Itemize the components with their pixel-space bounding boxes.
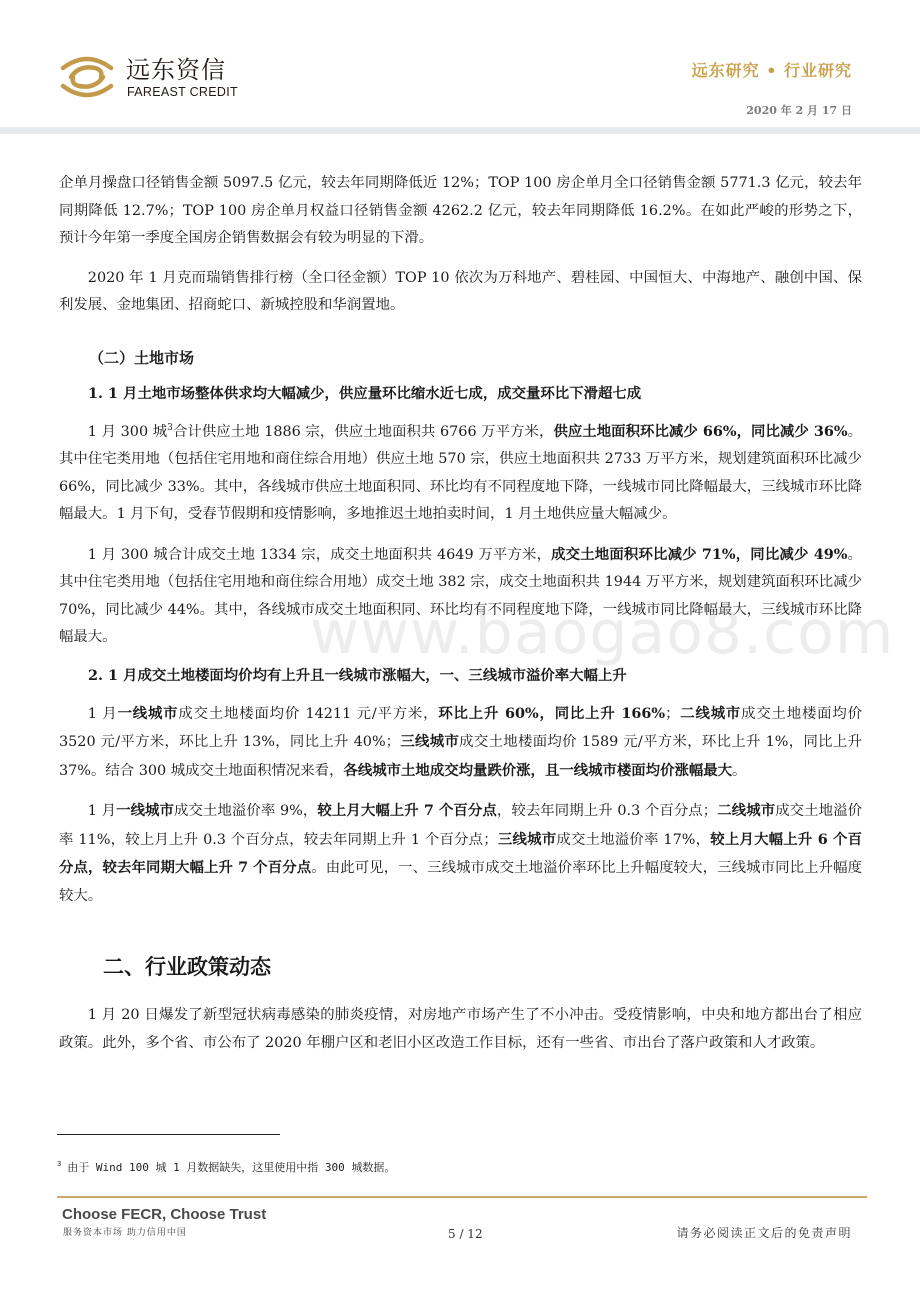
footer-slogan-cn: 服务资本市场 助力信用中国 (63, 1227, 187, 1239)
emphasis-text: 较上月大幅上升 7 个百分点 (317, 802, 496, 819)
emphasis-text: 各线城市土地成交均量跌价涨，且一线城市楼面均价涨幅最大 (343, 762, 732, 779)
text-run: 合计供应土地 1886 宗，供应土地面积共 6766 万平方米， (173, 424, 554, 440)
point-heading: 1. 1 月土地市场整体供求均大幅减少，供应量环比缩水近七成，成交量环比下滑超七… (59, 382, 862, 406)
header-band (0, 127, 920, 134)
emphasis-text: 一线城市 (118, 705, 179, 722)
text-run: 1 月 (88, 706, 118, 722)
brand-name-en: FAREAST CREDIT (127, 85, 238, 99)
text-run: 1 月 300 城 (88, 424, 167, 440)
footnote-text: 由于 Wind 100 城 1 月数据缺失，这里使用中指 300 城数据。 (67, 1161, 395, 1174)
emphasis-text: 供应土地面积环比减少 66%，同比减少 36% (553, 423, 847, 440)
text-run: 2020 年 1 月克而瑞销售排行榜（全口径金额）TOP 10 依次为万科地产、… (59, 270, 862, 314)
report-series: 远东研究 • 行业研究 (692, 60, 852, 82)
text-run: ，较去年同期上升 0.3 个百分点； (497, 803, 717, 819)
body-paragraph: 企单月操盘口径销售金额 5097.5 亿元，较去年同期降低近 12%；TOP 1… (59, 170, 862, 253)
body-paragraph: 1 月 300 城合计成交土地 1334 宗，成交土地面积共 4649 万平方米… (59, 541, 862, 652)
text-run: 1 月 300 城合计成交土地 1334 宗，成交土地面积共 4649 万平方米… (88, 547, 551, 563)
page-number: 5 / 12 (448, 1227, 483, 1241)
footnote-divider (57, 1134, 280, 1135)
body-paragraph: 2020 年 1 月克而瑞销售排行榜（全口径金额）TOP 10 依次为万科地产、… (59, 265, 862, 320)
emphasis-text: 成交土地面积环比减少 71%，同比减少 49% (551, 546, 847, 563)
body-paragraph: 1 月 20 日爆发了新型冠状病毒感染的肺炎疫情，对房地产市场产生了不小冲击。受… (59, 1002, 862, 1057)
text-run: 成交土地溢价率 9%， (174, 803, 317, 819)
footnote-marker: 3 (57, 1160, 61, 1168)
text-run: 1 月 20 日爆发了新型冠状病毒感染的肺炎疫情，对房地产市场产生了不小冲击。受… (59, 1007, 862, 1051)
emphasis-text: 三线城市 (498, 831, 557, 848)
text-run: 成交土地溢价率 17%， (556, 832, 710, 848)
brand-name-cn: 远东资信 (126, 56, 226, 84)
text-run: ； (665, 706, 679, 722)
emphasis-text: 二线城市 (679, 705, 741, 722)
body-paragraph: 1 月一线城市成交土地溢价率 9%，较上月大幅上升 7 个百分点，较去年同期上升… (59, 797, 862, 910)
subsection-heading: （二）土地市场 (59, 346, 862, 370)
footer-divider (57, 1196, 867, 1198)
text-run: 1 月 (88, 803, 116, 819)
disclaimer-link[interactable]: 请务必阅读正文后的免责声明 (676, 1226, 852, 1240)
emphasis-text: 三线城市 (400, 733, 459, 750)
emphasis-text: 环比上升 60%，同比上升 166% (438, 705, 665, 722)
footnote: 3由于 Wind 100 城 1 月数据缺失，这里使用中指 300 城数据。 (57, 1161, 395, 1175)
page-header: 远东资信 FAREAST CREDIT 远东研究 • 行业研究 2020 年 2… (0, 0, 920, 128)
body-paragraph: 1 月 300 城3合计供应土地 1886 宗，供应土地面积共 6766 万平方… (59, 418, 862, 529)
document-body: 企单月操盘口径销售金额 5097.5 亿元，较去年同期降低近 12%；TOP 1… (59, 170, 862, 1057)
text-run: 成交土地楼面均价 14211 元/平方米， (178, 706, 438, 722)
footer-slogan-en: Choose FECR, Choose Trust (62, 1206, 266, 1224)
emphasis-text: 二线城市 (717, 802, 775, 819)
fareast-credit-logo-icon (57, 52, 117, 102)
emphasis-text: 一线城市 (116, 802, 174, 819)
point-heading: 2. 1 月成交土地楼面均价均有上升且一线城市涨幅大，一、三线城市溢价率大幅上升 (59, 664, 862, 688)
report-date: 2020 年 2 月 17 日 (746, 104, 852, 118)
text-run: 企单月操盘口径销售金额 5097.5 亿元，较去年同期降低近 12%；TOP 1… (59, 175, 862, 246)
body-paragraph: 1 月一线城市成交土地楼面均价 14211 元/平方米，环比上升 60%，同比上… (59, 700, 862, 786)
section-heading: 二、行业政策动态 (59, 952, 862, 982)
text-run: 。 (732, 763, 746, 779)
